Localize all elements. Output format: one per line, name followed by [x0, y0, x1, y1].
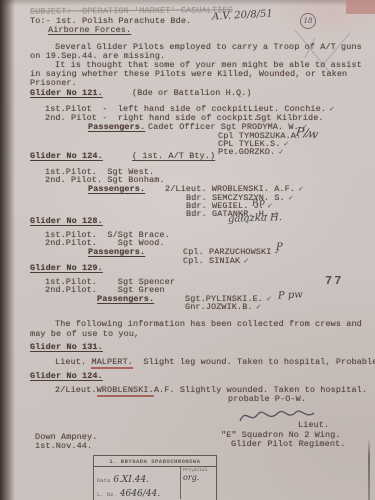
checkmark-icon: ✓ [283, 140, 289, 148]
handwritten-pp-note: P.p [252, 198, 266, 209]
glider-128-heading: Glider No 128. [30, 217, 103, 226]
checkmark-icon: ✓ [329, 105, 335, 113]
page-number-stamp: 77 [325, 274, 343, 288]
glider-121-subheading: (Bde or Battalion H.Q.) [132, 89, 252, 98]
handwritten-galazka-note: gałązka H. [228, 212, 282, 225]
brigade-stamp: 1. BRYGADA SPADOCHRONOWA Data6.XI.44. L.… [93, 455, 217, 500]
stamp-ldz-value: 4646/44. [120, 489, 160, 499]
checkmark-icon: ✓ [266, 295, 272, 303]
glider-121-passenger: Pte.GORZKO.✓ [218, 148, 284, 157]
casualty-name: WROBLENSKI. [97, 385, 154, 397]
checkmark-icon: ✓ [288, 194, 294, 202]
glider-124b-heading: Glider No 124. [30, 372, 103, 381]
handwritten-ppw-note: P pw [278, 289, 303, 301]
pen-stroke [368, 438, 370, 500]
handwritten-date-annotation: A.V. 20/8/51 [212, 8, 273, 22]
footer-date: 1st.Nov.44. [35, 442, 92, 451]
glider-129-heading: Glider No 129. [30, 264, 103, 273]
handwritten-pw-note: P/w [295, 125, 319, 142]
stamp-date-row: Data6.XI.44. [97, 469, 180, 483]
glider-124b-casualty-cont: probable P-O-W. [228, 395, 306, 404]
handwritten-p-note: P [276, 242, 283, 253]
checkmark-icon: ✓ [243, 257, 249, 265]
checkmark-icon: ✓ [278, 148, 284, 156]
scan-edge-shadow [0, 0, 15, 500]
glider-121-passengers-label: Passengers. [88, 123, 145, 132]
info-line-1: The following information has been colle… [55, 320, 362, 329]
corner-sticker [346, 0, 375, 14]
glider-124-subheading: ( 1st. A/T Bty.) [132, 152, 215, 161]
intro-line-5: Prisoner. [30, 79, 77, 88]
signature-rank: Lieut. [298, 421, 329, 430]
glider-131-heading: Glider No 131. [30, 343, 103, 352]
checkmark-icon: ✓ [256, 303, 262, 311]
stamp-przydzial-value: org. [183, 473, 215, 482]
stamp-title: 1. BRYGADA SPADOCHRONOWA [94, 456, 216, 467]
glider-128-passenger: Cpl. SINIAK✓ [183, 257, 249, 266]
scanned-document: SUBJECT:- OPERATION 'MARKET' CASUALTIES … [0, 0, 375, 500]
glider-124b-casualty: 2/Lieut.WROBLENSKI.A.F. Slightly wounded… [55, 386, 367, 395]
glider-124-heading: Glider No 124. [30, 152, 103, 161]
to-line-2: Airborne Forces. [48, 26, 131, 35]
checkmark-icon: ✓ [298, 185, 304, 193]
glider-131-casualty: Lieut. MALPERT. Slight leg wound. Taken … [55, 358, 375, 367]
glider-124-passengers-label: Passengers. [88, 185, 145, 194]
circled-file-number: 18 [300, 13, 316, 29]
info-line-2: may be of use to you, [30, 330, 139, 339]
glider-121-heading: Glider No 121. [30, 89, 103, 98]
signature-unit-2: Glider Pilot Regiment. [231, 440, 345, 449]
glider-128-passengers-label: Passengers. [88, 248, 145, 257]
stamp-przydzial-col: Przydział org. [180, 467, 216, 499]
stamp-ldz-row: L. Dz.4646/44. [97, 483, 180, 497]
intro-line-4: in saying whether these Pilots were Kill… [30, 70, 347, 79]
glider-129-passenger: Gnr.JOZWIK.B.✓ [185, 303, 262, 312]
glider-129-passengers-label: Passengers. [97, 295, 154, 304]
casualty-name: MALPERT. [91, 357, 133, 369]
